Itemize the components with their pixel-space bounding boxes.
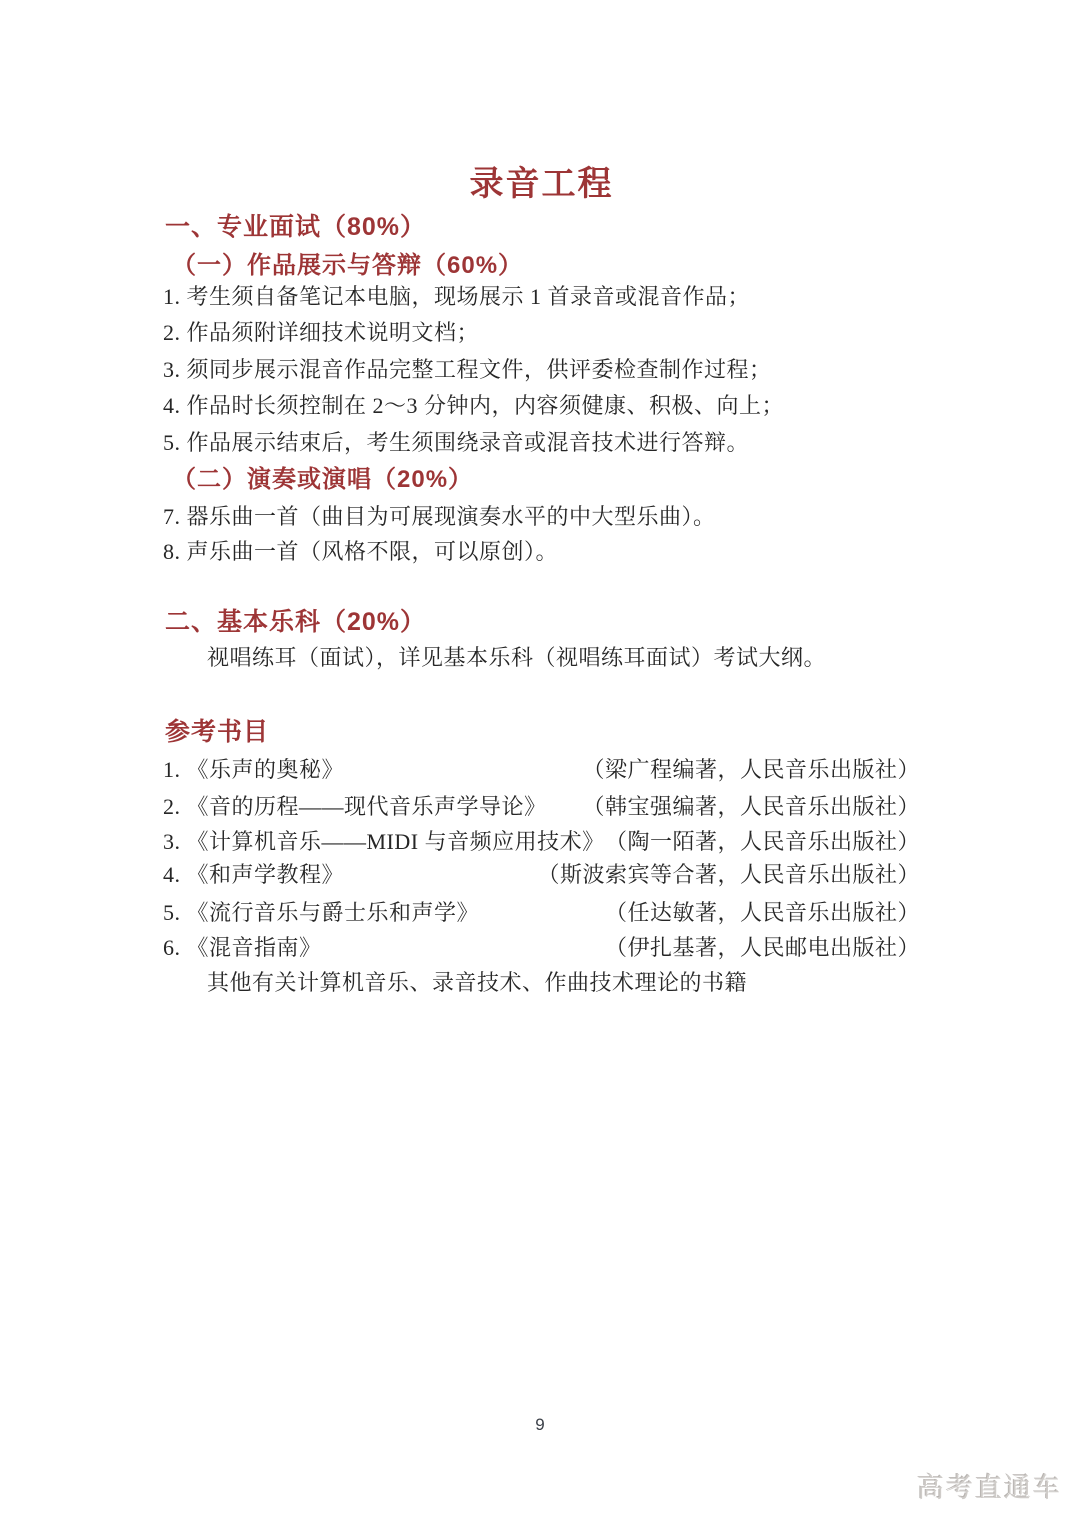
section-1-sub-2-header: （二）演奏或演唱（20%）	[172, 462, 929, 498]
references-footer: 其他有关计算机音乐、录音技术、作曲技术理论的书籍	[163, 965, 920, 1001]
reference-row: 2. 《音的历程——现代音乐声学导论》 （韩宝强编著，人民音乐出版社）	[163, 789, 920, 825]
list-item: 8. 声乐曲一首（风格不限，可以原创）。	[163, 534, 920, 570]
list-item: 3. 须同步展示混音作品完整工程文件，供评委检查制作过程；	[163, 352, 920, 388]
book-title: 5. 《流行音乐与爵士乐和声学》	[163, 895, 479, 931]
book-title: 4. 《和声学教程》	[163, 857, 344, 893]
book-publisher: （陶一陌著，人民音乐出版社）	[605, 824, 920, 860]
list-item: 4. 作品时长须控制在 2～3 分钟内，内容须健康、积极、向上；	[163, 388, 920, 424]
book-publisher: （伊扎基著，人民邮电出版社）	[605, 930, 920, 966]
book-publisher: （梁广程编著，人民音乐出版社）	[582, 752, 920, 788]
list-item: 1. 考生须自备笔记本电脑，现场展示 1 首录音或混音作品；	[163, 279, 920, 315]
list-item: 7. 器乐曲一首（曲目为可展现演奏水平的中大型乐曲）。	[163, 499, 920, 535]
book-title: 2. 《音的历程——现代音乐声学导论》	[163, 789, 547, 825]
reference-row: 5. 《流行音乐与爵士乐和声学》 （任达敏著，人民音乐出版社）	[163, 895, 920, 931]
section-2-header: 二、基本乐科（20%）	[165, 604, 922, 640]
reference-row: 6. 《混音指南》 （伊扎基著，人民邮电出版社）	[163, 930, 920, 966]
reference-row: 1. 《乐声的奥秘》 （梁广程编著，人民音乐出版社）	[163, 752, 920, 788]
section-2-body: 视唱练耳（面试），详见基本乐科（视唱练耳面试）考试大纲。	[163, 640, 920, 676]
page-title: 录音工程	[163, 164, 920, 206]
book-title: 6. 《混音指南》	[163, 930, 322, 966]
list-item: 5. 作品展示结束后，考生须围绕录音或混音技术进行答辩。	[163, 425, 920, 461]
book-publisher: （任达敏著，人民音乐出版社）	[605, 895, 920, 931]
book-title: 3. 《计算机音乐——MIDI 与音频应用技术》	[163, 824, 605, 860]
document-content: 录音工程 一、专业面试（80%） （一）作品展示与答辩（60%） 1. 考生须自…	[163, 0, 920, 1527]
watermark: 高考直通车	[917, 1472, 1062, 1504]
reference-row: 4. 《和声学教程》 （斯波索宾等合著，人民音乐出版社）	[163, 857, 920, 893]
document-page: 录音工程 一、专业面试（80%） （一）作品展示与答辩（60%） 1. 考生须自…	[0, 0, 1080, 1527]
references-header: 参考书目	[165, 714, 922, 750]
book-publisher: （韩宝强编著，人民音乐出版社）	[582, 789, 920, 825]
book-publisher: （斯波索宾等合著，人民音乐出版社）	[537, 857, 920, 893]
section-1-header: 一、专业面试（80%）	[165, 209, 922, 245]
page-number: 9	[0, 1413, 1080, 1437]
list-item: 2. 作品须附详细技术说明文档；	[163, 315, 920, 351]
reference-row: 3. 《计算机音乐——MIDI 与音频应用技术》 （陶一陌著，人民音乐出版社）	[163, 824, 920, 860]
book-title: 1. 《乐声的奥秘》	[163, 752, 344, 788]
